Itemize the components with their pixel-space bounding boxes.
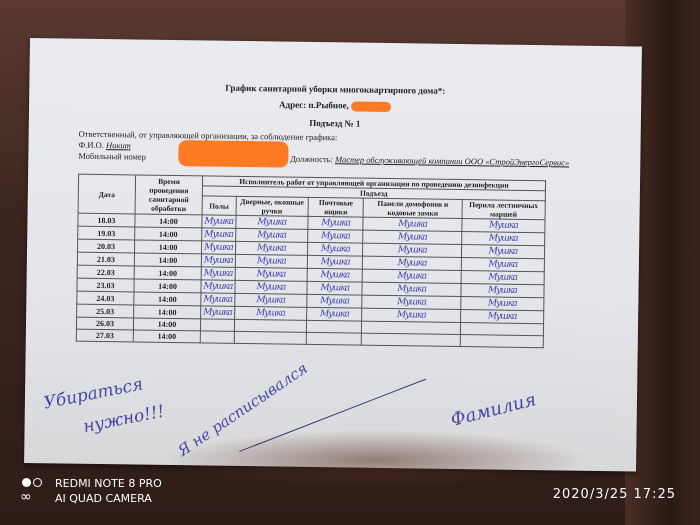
camera-model: REDMI NOTE 8 PRO bbox=[55, 476, 162, 491]
signature: Мушка bbox=[488, 298, 517, 308]
signature: Мушка bbox=[398, 232, 427, 242]
signature: Мушка bbox=[204, 229, 233, 239]
signature-cell: Мушка bbox=[363, 243, 462, 257]
row-date: 21.03 bbox=[77, 252, 134, 266]
handwritten-signature: Фамилия bbox=[449, 389, 539, 431]
signature: Мушка bbox=[256, 282, 285, 292]
signature-cell: Мушка bbox=[307, 268, 363, 282]
row-time: 14:00 bbox=[135, 214, 202, 228]
fio-value: Никит bbox=[106, 140, 131, 150]
signature: Мушка bbox=[397, 271, 426, 281]
row-date: 25.03 bbox=[77, 304, 134, 318]
signature-cell: Мушка bbox=[461, 258, 544, 272]
signature: Мушка bbox=[321, 244, 350, 254]
signature-cell: Мушка bbox=[201, 254, 235, 267]
signature: Мушка bbox=[204, 242, 233, 252]
signature-cell: Мушка bbox=[201, 280, 235, 293]
signature-cell: Мушка bbox=[201, 293, 235, 306]
row-time: 14:00 bbox=[135, 240, 202, 254]
signature-cell: Мушка bbox=[235, 254, 307, 268]
signature-cell bbox=[234, 331, 306, 344]
header-handles: Дверные, оконные ручки bbox=[236, 196, 309, 216]
signature-cell: Мушка bbox=[307, 294, 363, 308]
header-intercoms: Панели домофонов и кодовые замки bbox=[363, 198, 462, 218]
signature: Мушка bbox=[488, 311, 517, 321]
signature: Мушка bbox=[203, 307, 232, 317]
signature-cell bbox=[234, 319, 306, 332]
signature-cell: Мушка bbox=[235, 228, 307, 242]
shadow bbox=[160, 430, 590, 490]
photo-timestamp: 2020/3/25 17:25 bbox=[553, 487, 676, 502]
signature-cell: Мушка bbox=[235, 280, 307, 294]
signature: Мушка bbox=[488, 259, 517, 269]
signature: Мушка bbox=[489, 233, 518, 243]
header-date: Дата bbox=[78, 174, 136, 214]
row-time: 14:00 bbox=[134, 253, 201, 267]
signature-cell: Мушка bbox=[307, 255, 363, 269]
signature: Мушка bbox=[203, 281, 232, 291]
signature-cell bbox=[200, 331, 234, 343]
document-address: Адрес: п.Рыбное, bbox=[29, 96, 641, 115]
signature-cell: Мушка bbox=[202, 228, 236, 241]
signature-cell bbox=[460, 335, 543, 348]
signature: Мушка bbox=[257, 269, 286, 279]
signature-cell: Мушка bbox=[234, 306, 306, 320]
signature-cell bbox=[200, 319, 234, 331]
signature-cell bbox=[362, 333, 461, 346]
fio-line: Ф.И.О. Никит bbox=[78, 140, 130, 151]
header-mailboxes: Почтовые ящики bbox=[308, 197, 364, 217]
signature-cell: Мушка bbox=[461, 232, 544, 246]
row-time: 14:00 bbox=[135, 227, 202, 241]
signature: Мушка bbox=[398, 219, 427, 229]
signature: Мушка bbox=[320, 296, 349, 306]
signature: Мушка bbox=[321, 218, 350, 228]
signature-cell: Мушка bbox=[202, 241, 236, 254]
row-time: 14:00 bbox=[134, 266, 201, 280]
header-railings: Перила лестничных маршей bbox=[462, 200, 545, 220]
signature: Мушка bbox=[204, 255, 233, 265]
row-time: 14:00 bbox=[134, 305, 201, 319]
schedule-table: Дата Время проведения санитарной обработ… bbox=[76, 174, 546, 349]
signature: Мушка bbox=[398, 245, 427, 255]
signature-cell: Мушка bbox=[460, 310, 543, 324]
redaction-mark bbox=[351, 101, 391, 112]
row-date: 27.03 bbox=[76, 329, 133, 342]
row-time: 14:00 bbox=[133, 318, 200, 331]
row-date: 26.03 bbox=[76, 317, 133, 330]
document-title: График санитарной уборки многоквартирног… bbox=[29, 80, 641, 99]
address-text: Адрес: п.Рыбное, bbox=[279, 99, 349, 110]
signature-cell: Мушка bbox=[308, 229, 364, 243]
row-date: 23.03 bbox=[77, 278, 134, 292]
signature: Мушка bbox=[257, 256, 286, 266]
signature: Мушка bbox=[204, 216, 233, 226]
signature: Мушка bbox=[397, 310, 426, 320]
signature-cell: Мушка bbox=[236, 215, 308, 229]
signature: Мушка bbox=[488, 285, 517, 295]
camera-type: AI QUAD CAMERA bbox=[55, 491, 162, 506]
signature: Мушка bbox=[321, 270, 350, 280]
signature-cell: Мушка bbox=[235, 241, 307, 255]
signature-cell: Мушка bbox=[201, 267, 235, 280]
signature-cell: Мушка bbox=[201, 306, 235, 319]
handwritten-note: нужно!!! bbox=[82, 402, 167, 438]
signature-cell bbox=[306, 332, 362, 345]
signature: Мушка bbox=[256, 295, 285, 305]
signature: Мушка bbox=[256, 308, 285, 318]
header-floors: Полы bbox=[202, 196, 236, 215]
schedule-paper: График санитарной уборки многоквартирног… bbox=[24, 38, 642, 472]
position-label: Должность: bbox=[290, 154, 333, 165]
signature: Мушка bbox=[489, 246, 518, 256]
signature: Мушка bbox=[397, 284, 426, 294]
signature: Мушка bbox=[204, 268, 233, 278]
row-date: 19.03 bbox=[78, 226, 135, 240]
signature: Мушка bbox=[257, 243, 286, 253]
signature-cell: Мушка bbox=[307, 242, 363, 256]
row-time: 14:00 bbox=[133, 330, 200, 343]
signature: Мушка bbox=[321, 257, 350, 267]
signature-cell: Мушка bbox=[202, 215, 236, 228]
signature-cell: Мушка bbox=[363, 217, 462, 231]
camera-watermark: REDMI NOTE 8 PRO AI QUAD CAMERA bbox=[55, 476, 162, 506]
signature-cell: Мушка bbox=[461, 245, 544, 259]
signature: Мушка bbox=[321, 231, 350, 241]
signature: Мушка bbox=[320, 309, 349, 319]
signature-cell: Мушка bbox=[461, 284, 544, 298]
signature: Мушка bbox=[257, 217, 286, 227]
mobile-line: Мобильный номер Должность: Мастер обслуж… bbox=[78, 151, 569, 168]
signature: Мушка bbox=[320, 283, 349, 293]
signature: Мушка bbox=[488, 272, 517, 282]
signature-cell: Мушка bbox=[461, 297, 544, 311]
signature-cell: Мушка bbox=[308, 216, 364, 230]
signature: Мушка bbox=[397, 297, 426, 307]
position-value: Мастер обслуживающей компании ООО «Строй… bbox=[335, 154, 569, 167]
header-time: Время проведения санитарной обработки bbox=[135, 175, 203, 215]
signature-cell: Мушка bbox=[307, 307, 363, 321]
signature-cell: Мушка bbox=[234, 293, 306, 307]
row-time: 14:00 bbox=[134, 292, 201, 306]
signature-cell: Мушка bbox=[307, 281, 363, 295]
signature: Мушка bbox=[489, 220, 518, 230]
fio-label: Ф.И.О. bbox=[78, 140, 104, 150]
signature-cell bbox=[306, 320, 362, 333]
signature: Мушка bbox=[257, 230, 286, 240]
mobile-label: Мобильный номер bbox=[78, 151, 146, 162]
signature-cell: Мушка bbox=[363, 230, 462, 244]
row-date: 24.03 bbox=[77, 291, 134, 305]
row-date: 20.03 bbox=[78, 239, 135, 253]
signature: Мушка bbox=[398, 258, 427, 268]
signature-cell: Мушка bbox=[461, 271, 544, 285]
signature: Мушка bbox=[203, 294, 232, 304]
camera-logo-icon: ∞ bbox=[20, 476, 46, 506]
row-date: 22.03 bbox=[77, 265, 134, 279]
signature-cell: Мушка bbox=[462, 219, 545, 233]
row-date: 18.03 bbox=[78, 213, 135, 227]
row-time: 14:00 bbox=[134, 279, 201, 293]
redaction-mark bbox=[178, 140, 288, 168]
signature-cell: Мушка bbox=[235, 267, 307, 281]
